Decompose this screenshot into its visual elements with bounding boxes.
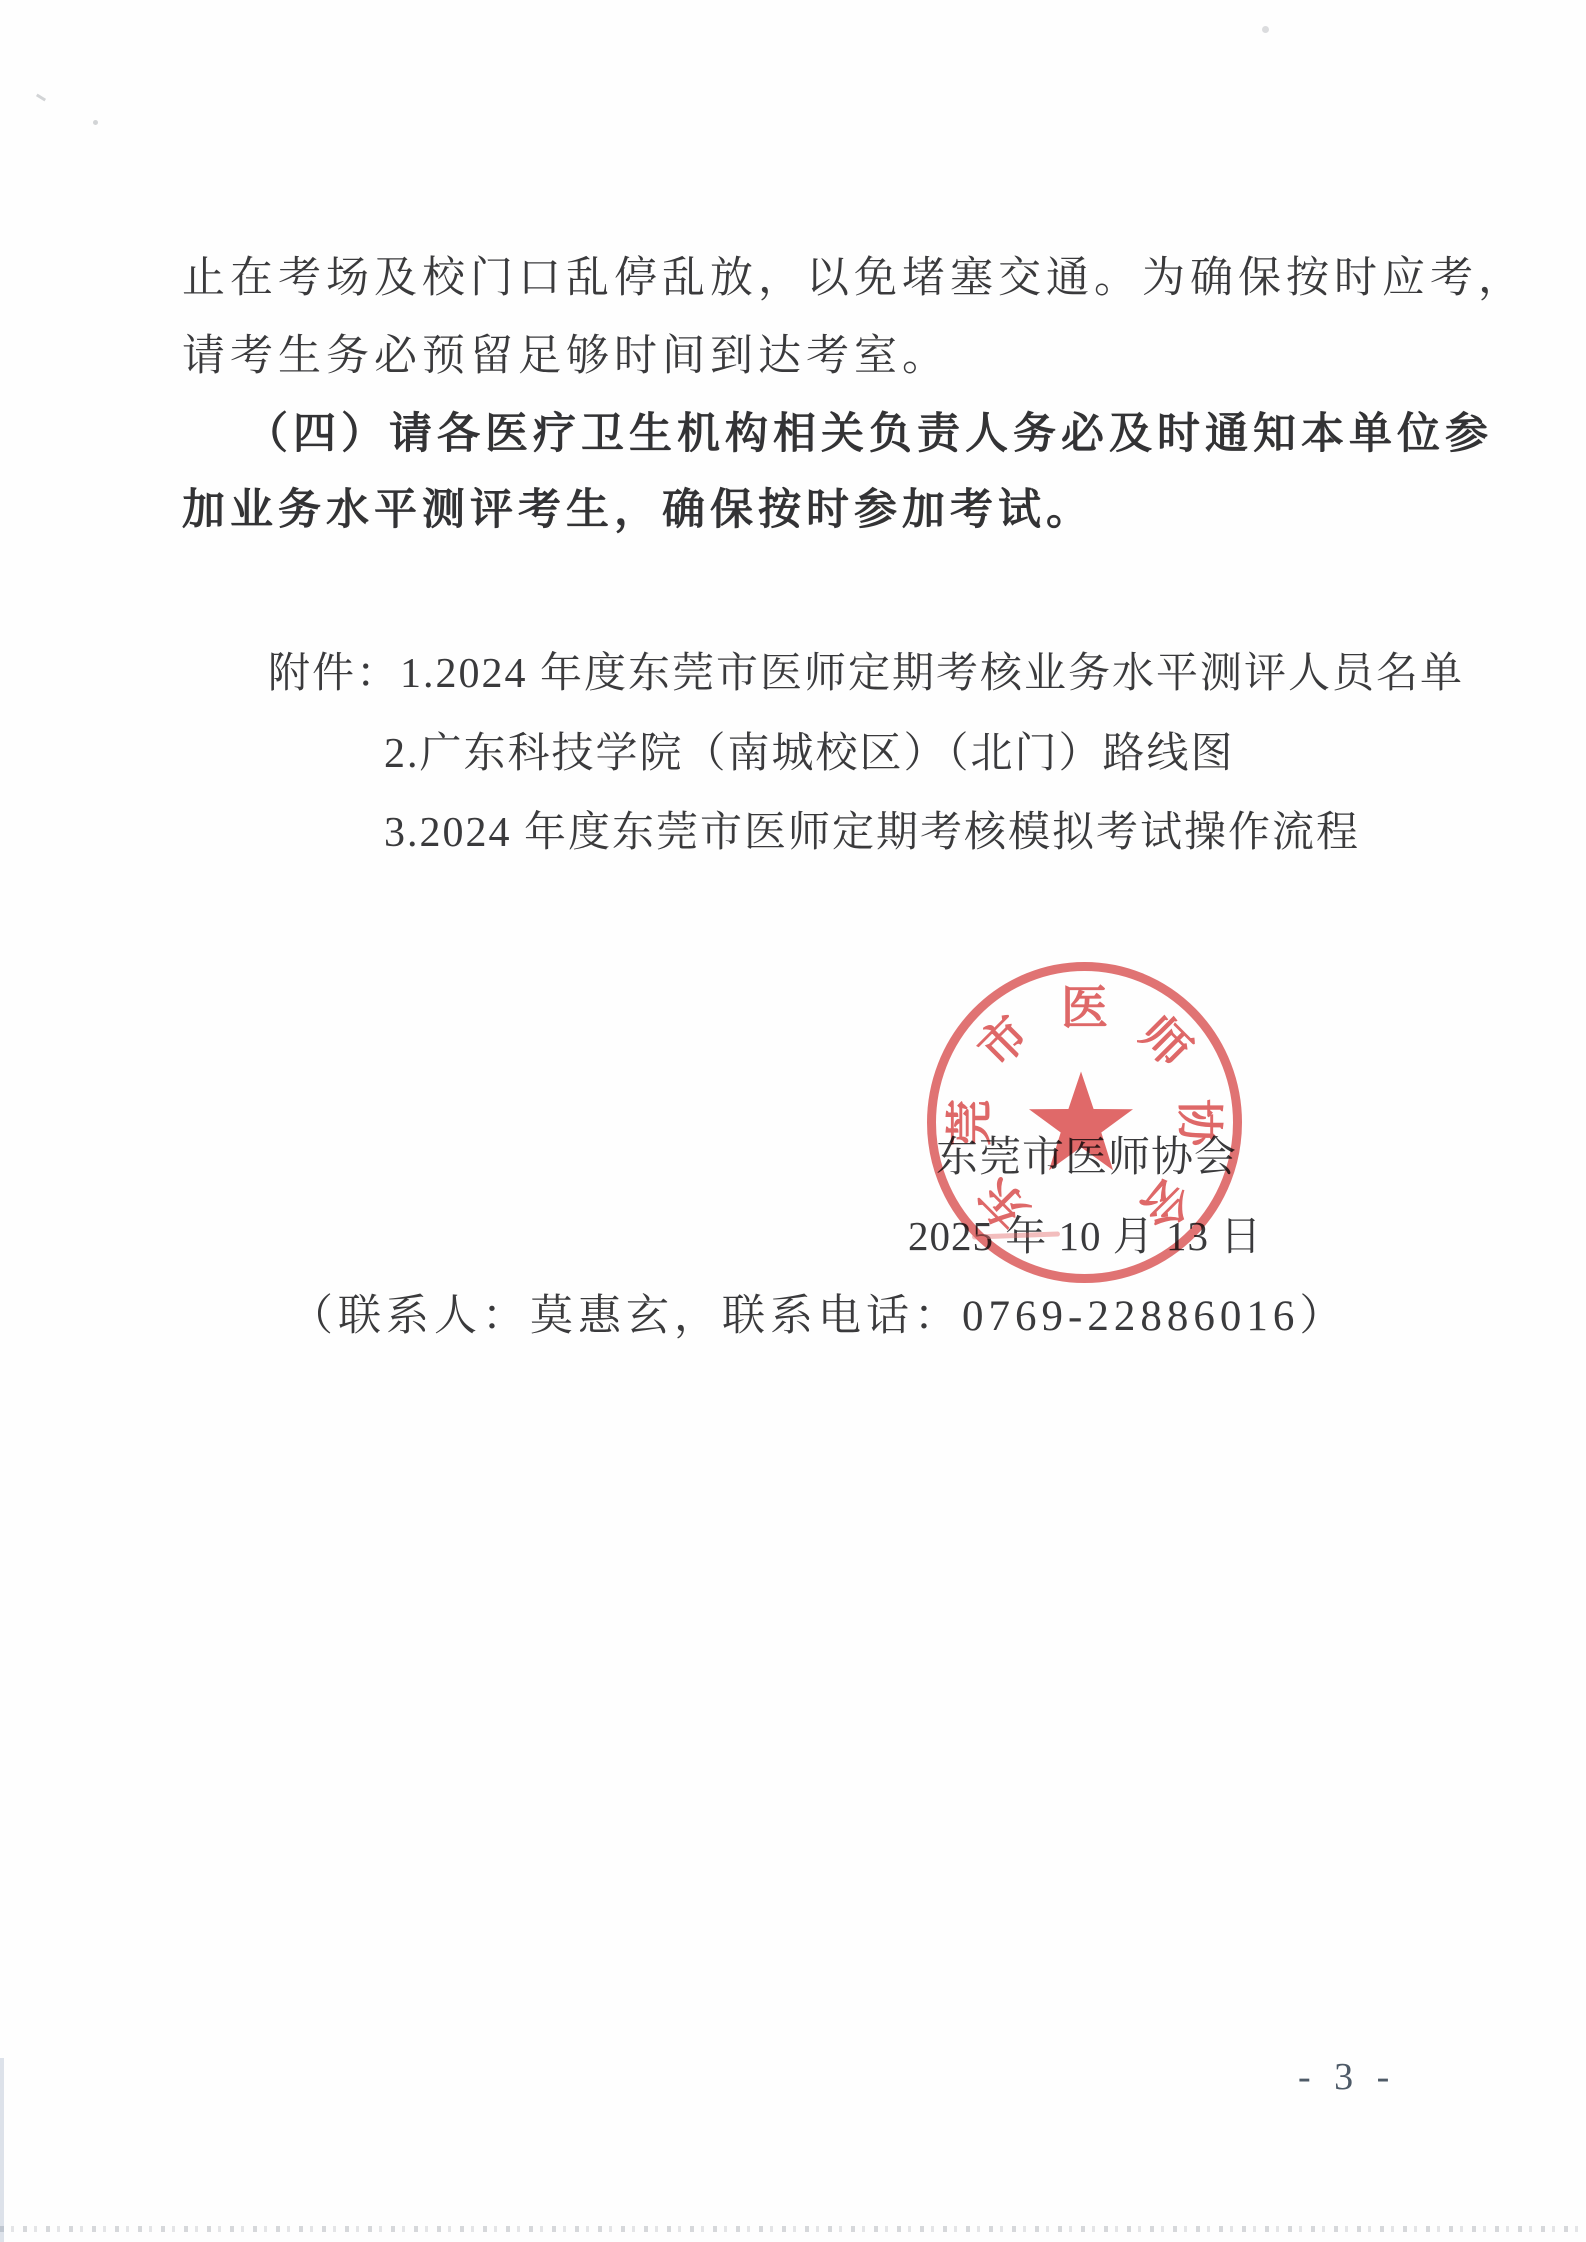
scan-speck (36, 94, 46, 102)
seal-ring-char-4: 医 (1061, 983, 1108, 1035)
page-number: - 3 - (1298, 2055, 1396, 2099)
attachment-line-1: 附件：1.2024 年度东莞市医师定期考核业务水平测评人员名单 (268, 650, 1464, 700)
seal-ring-char-6: 协 (1172, 1099, 1224, 1148)
seal-ring-char-7: 会 (1130, 1168, 1200, 1238)
seal-ring-char-5: 师 (1130, 1007, 1200, 1077)
attachment-item-1: 1.2024 年度东莞市医师定期考核业务水平测评人员名单 (400, 651, 1464, 697)
scan-edge-noise (0, 2226, 1586, 2232)
attachment-line-2: 2.广东科技学院（南城校区）（北门）路线图 (384, 730, 1235, 780)
seal-ring-char-2: 莞 (945, 1099, 997, 1146)
scan-speck (93, 120, 98, 125)
official-seal: 东 莞 市 医 师 协 会 (915, 952, 1257, 1294)
body-line-2: 请考生务必预留足够时间到达考室。 (182, 332, 950, 383)
body-line-1: 止在考场及校门口乱停乱放，以免堵塞交通。为确保按时应考， (182, 254, 1526, 305)
seal-ring-char-1: 东 (969, 1168, 1039, 1238)
scan-edge-sliver (0, 2058, 4, 2242)
scanned-document-page: 止在考场及校门口乱停乱放，以免堵塞交通。为确保按时应考， 请考生务必预留足够时间… (0, 0, 1586, 2242)
body-line-4: 加业务水平测评考生，确保按时参加考试。 (182, 486, 1094, 537)
contact-line: （联系人：莫惠玄，联系电话：0769-22886016） (290, 1292, 1347, 1343)
attachment-label: 附件： (268, 651, 400, 697)
body-line-3: （四）请各医疗卫生机构相关负责人务必及时通知本单位参 (245, 410, 1493, 461)
seal-star-icon (1029, 1072, 1133, 1171)
attachment-line-3: 3.2024 年度东莞市医师定期考核模拟考试操作流程 (384, 809, 1360, 859)
scan-speck (1262, 26, 1269, 33)
seal-ring-char-3: 市 (969, 1007, 1039, 1077)
